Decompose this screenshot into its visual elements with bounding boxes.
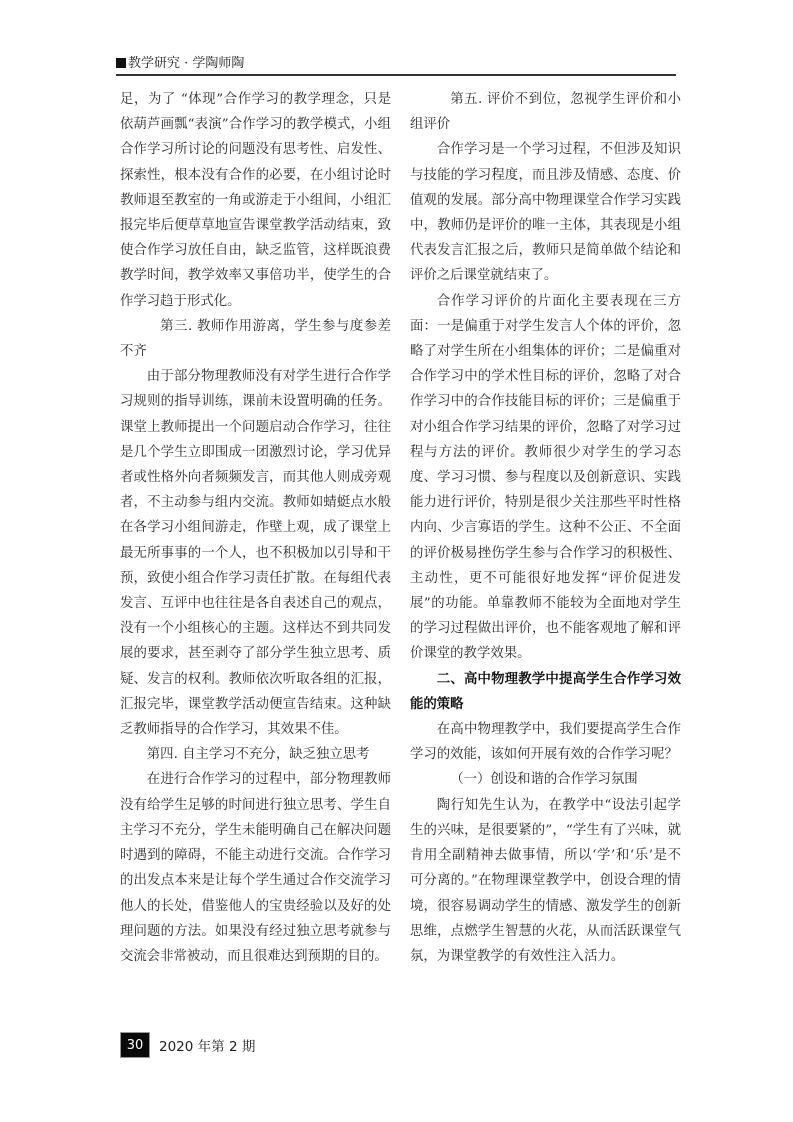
page-number: 30 [120, 1032, 150, 1058]
paragraph: 在高中物理教学中，我们要提高学生合作学习的效能，该如何开展有效的合作学习呢？ [410, 717, 681, 767]
paragraph: 合作学习是一个学习过程，不但涉及知识与技能的学习程度，而且涉及情感、态度、价值观… [410, 137, 681, 288]
subheading: 第五. 评价不到位，忽视学生评价和小组评价 [410, 87, 681, 137]
section-heading: 二、高中物理教学中提高学生合作学习效能的策略 [410, 667, 681, 717]
running-header: 教学研究 · 学陶师陶 [116, 56, 676, 76]
subheading: 第四. 自主学习不充分，缺乏独立思考 [120, 742, 391, 767]
section-title: 教学研究 · 学陶师陶 [128, 56, 244, 71]
subheading: 第三. 教师作用游离，学生参与度参差不齐 [120, 314, 391, 364]
issue-label: 2020 年第 2 期 [159, 1035, 255, 1055]
square-bullet-icon [116, 58, 126, 68]
paragraph: 足，为了 “体现”合作学习的教学理念，只是依葫芦画瓢“表演”合作学习的教学模式，… [120, 87, 391, 314]
left-column: 足，为了 “体现”合作学习的教学理念，只是依葫芦画瓢“表演”合作学习的教学模式，… [120, 87, 391, 969]
paragraph: 陶行知先生认为，在教学中“设法引起学生的兴味，是很要紧的”，“学生有了兴味，就肯… [410, 793, 681, 969]
paragraph: 由于部分物理教师没有对学生进行合作学习规则的指导训练，课前未设置明确的任务。课堂… [120, 364, 391, 742]
page-footer: 30 2020 年第 2 期 [120, 1032, 255, 1058]
right-column: 第五. 评价不到位，忽视学生评价和小组评价 合作学习是一个学习过程，不但涉及知识… [410, 87, 681, 969]
paragraph: 在进行合作学习的过程中，部分物理教师没有给学生足够的时间进行独立思考、学生自主学… [120, 767, 391, 969]
paragraph: 合作学习评价的片面化主要表现在三方面：一是偏重于对学生发言人个体的评价，忽略了对… [410, 289, 681, 667]
subheading: （一）创设和谐的合作学习氛围 [410, 767, 681, 792]
